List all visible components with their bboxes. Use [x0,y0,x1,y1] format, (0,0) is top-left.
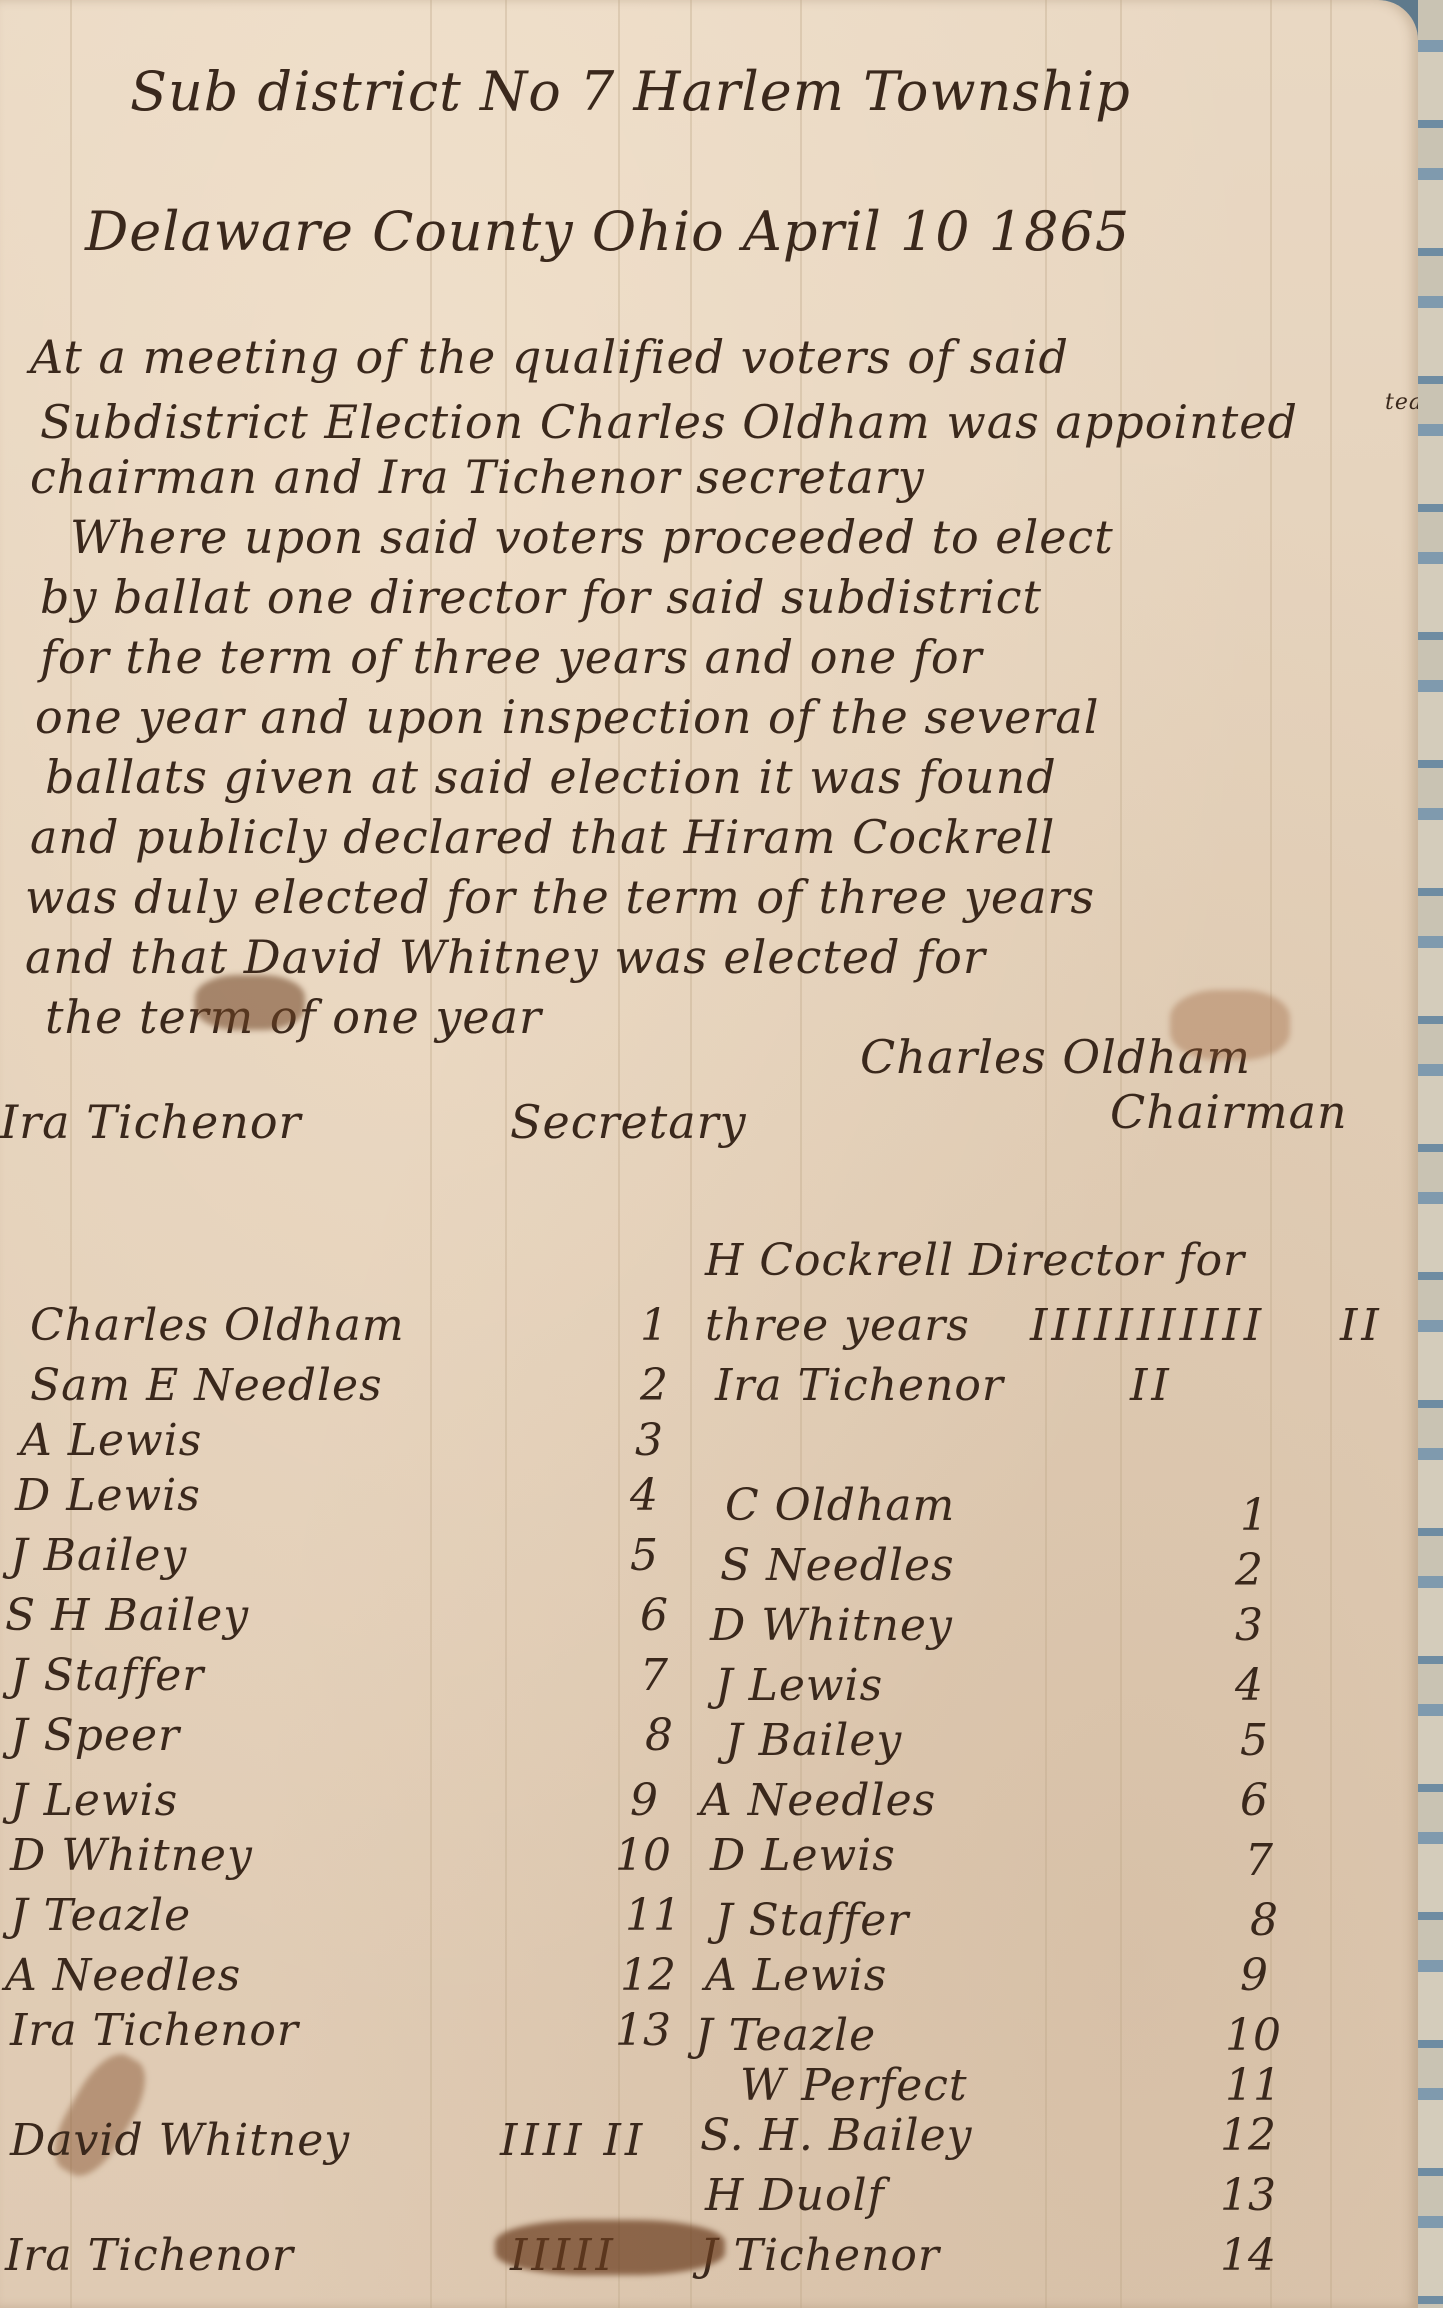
ink-blot [495,2220,725,2275]
ruled-line [1330,0,1332,2308]
voter-number: 10 [615,1830,671,1881]
voter-name: A Needles [5,1950,241,2001]
voter-number: 3 [1235,1600,1263,1651]
voter-name: D Lewis [15,1470,201,1521]
voter-number: 6 [640,1590,668,1641]
voter-number: 8 [1250,1895,1278,1946]
tally-marks: II [1130,1360,1173,1411]
chairman-title: Chairman [1110,1085,1348,1139]
voter-number: 7 [1245,1835,1273,1886]
voter-name: S Needles [720,1540,955,1591]
heading-line-1: Sub district No 7 Harlem Township [130,60,1131,123]
voter-number: 5 [1240,1715,1268,1766]
tally-name: David Whitney [10,2115,350,2166]
voter-number: 1 [640,1300,668,1351]
voter-number: 1 [1240,1490,1268,1541]
voter-name: C Oldham [725,1480,955,1531]
voter-name: J Bailey [10,1530,187,1581]
voter-name: J Lewis [715,1660,883,1711]
ink-blot [195,975,305,1030]
voter-name: J Staffer [10,1650,204,1701]
voter-number: 11 [1225,2060,1281,2111]
minutes-line: by ballat one director for said subdistr… [40,570,1042,624]
voter-name: D Whitney [10,1830,253,1881]
voter-name: Ira Tichenor [10,2005,299,2056]
minutes-line: for the term of three years and one for [40,630,983,684]
voter-number: 9 [630,1775,658,1826]
tally-header-line-2: three years [705,1300,970,1351]
voter-number: 12 [1220,2110,1276,2161]
voter-name: J Tichenor [700,2230,940,2281]
tally-marks-extra: II [1340,1300,1383,1351]
voter-name: D Lewis [710,1830,896,1881]
minutes-line: one year and upon inspection of the seve… [35,690,1100,744]
voter-number: 4 [630,1470,658,1521]
voter-number: 5 [630,1530,658,1581]
heading-line-2: Delaware County Ohio April 10 1865 [85,200,1130,263]
voter-name: J Bailey [725,1715,902,1766]
tally-marks: IIII II [500,2115,646,2166]
voter-number: 2 [640,1360,668,1411]
voter-name: J Lewis [10,1775,178,1826]
voter-number: 4 [1235,1660,1263,1711]
ruled-line [1120,0,1122,2308]
ink-stain [1170,990,1290,1060]
minutes-line: At a meeting of the qualified voters of … [30,330,1069,384]
voter-name: J Speer [10,1710,180,1761]
tally-header-line-1: H Cockrell Director for [705,1235,1245,1286]
voter-number: 11 [625,1890,681,1941]
voter-name: A Lewis [705,1950,887,2001]
voter-name: A Needles [700,1775,936,1826]
ledger-page: Sub district No 7 Harlem Township Delawa… [0,0,1418,2308]
minutes-line: was duly elected for the term of three y… [25,870,1095,924]
minutes-line: chairman and Ira Tichenor secretary [30,450,925,504]
minutes-line: and publicly declared that Hiram Cockrel… [30,810,1055,864]
tally-header-line-3: Ira Tichenor [715,1360,1004,1411]
voter-number: 3 [635,1415,663,1466]
voter-number: 13 [1220,2170,1276,2221]
voter-number: 8 [645,1710,673,1761]
minutes-line: and that David Whitney was elected for [25,930,986,984]
voter-name: Charles Oldham [30,1300,405,1351]
voter-name: S H Bailey [5,1590,249,1641]
minutes-line: Where upon said voters proceeded to elec… [70,510,1114,564]
voter-name: W Perfect [740,2060,968,2111]
tally-marks: IIIIIIIIIII [1030,1300,1265,1351]
voter-number: 13 [615,2005,671,2056]
voter-name: J Staffer [715,1895,909,1946]
voter-name: Sam E Needles [30,1360,383,1411]
voter-number: 2 [1235,1545,1263,1596]
voter-number: 7 [640,1650,668,1701]
voter-number: 12 [620,1950,676,2001]
tally-name: Ira Tichenor [5,2230,294,2281]
voter-name: A Lewis [20,1415,202,1466]
minutes-line: ballats given at said election it was fo… [45,750,1057,804]
secretary-title: Secretary [510,1095,747,1149]
voter-number: 10 [1225,2010,1281,2061]
voter-number: 6 [1240,1775,1268,1826]
voter-name: S. H. Bailey [700,2110,973,2161]
adjacent-page-edge [1418,0,1443,2308]
voter-number: 9 [1240,1950,1268,2001]
voter-name: H Duolf [705,2170,885,2221]
voter-name: D Whitney [710,1600,953,1651]
voter-name: J Teazle [695,2010,876,2061]
ruled-line [1270,0,1272,2308]
voter-name: J Teazle [10,1890,191,1941]
voter-number: 14 [1220,2230,1276,2281]
secretary-signature: Ira Tichenor [0,1095,302,1149]
minutes-line: Subdistrict Election Charles Oldham was … [40,395,1298,449]
